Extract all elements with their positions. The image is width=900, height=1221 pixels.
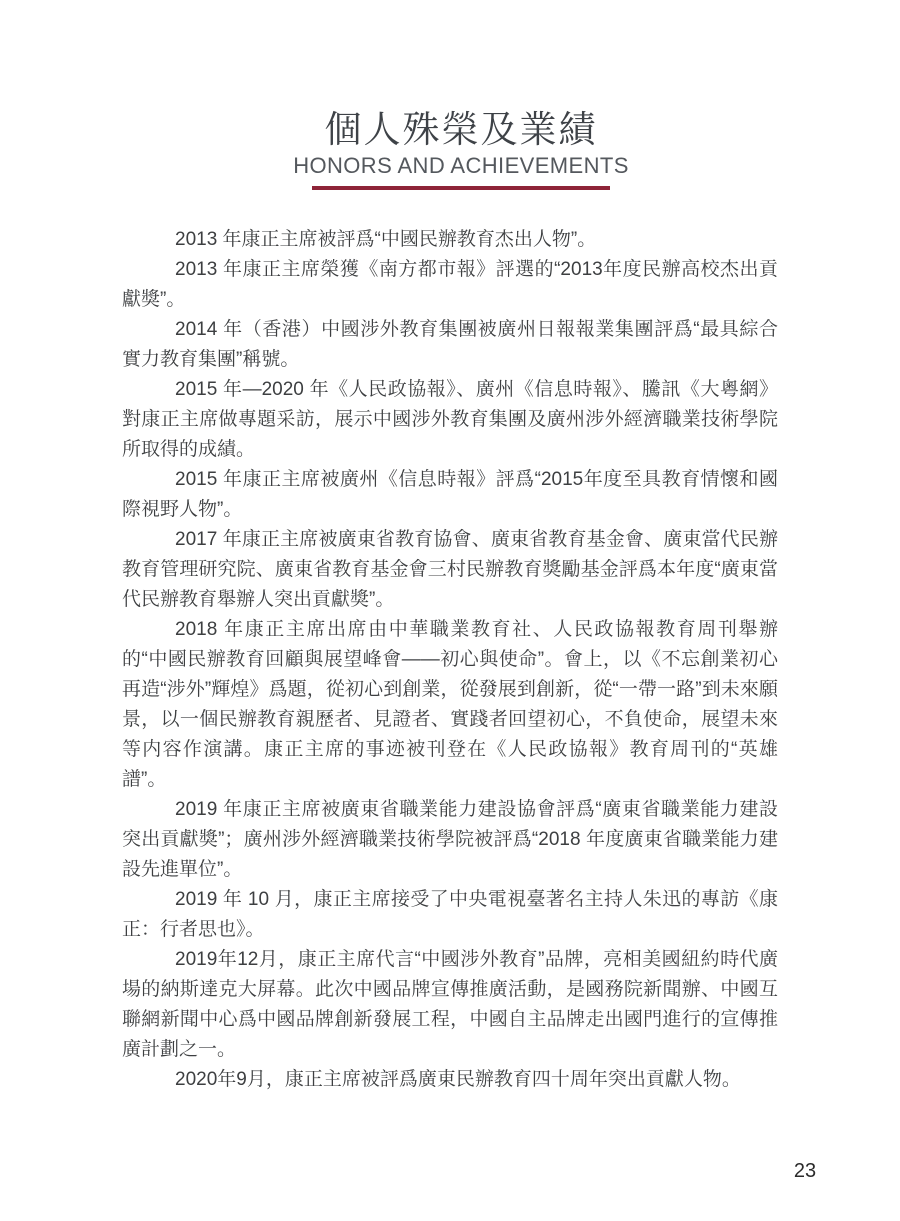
paragraph-2013-figure: 2013 年康正主席被評爲“中國民辦教育杰出人物”。: [122, 225, 778, 255]
page-subtitle: HONORS AND ACHIEVEMENTS: [11, 154, 900, 178]
title-underline: [312, 186, 610, 190]
paragraph-2019-award: 2019 年康正主席被廣東省職業能力建設協會評爲“廣東省職業能力建設突出貢獻獎”…: [122, 795, 778, 885]
paragraph-2015-award: 2015 年康正主席被廣州《信息時報》評爲“2015年度至具教育情懷和國際視野人…: [122, 465, 778, 525]
paragraph-2013-award: 2013 年康正主席榮獲《南方都市報》評選的“2013年度民辦高校杰出貢獻獎”。: [122, 255, 778, 315]
page-title: 個人殊榮及業績: [11, 108, 900, 152]
paragraph-2014-group-title: 2014 年（香港）中國涉外教育集團被廣州日報報業集團評爲“最具綜合實力教育集團…: [122, 315, 778, 375]
page-number: 23: [780, 1160, 830, 1183]
achievements-body: 2013 年康正主席被評爲“中國民辦教育杰出人物”。 2013 年康正主席榮獲《…: [122, 225, 778, 1095]
document-page: 個人殊榮及業績 HONORS AND ACHIEVEMENTS 2013 年康正…: [0, 0, 900, 1221]
paragraph-2018-summit: 2018 年康正主席出席由中華職業教育社、人民政協報教育周刊舉辦的“中國民辦教育…: [122, 615, 778, 795]
paragraph-2020-award: 2020年9月，康正主席被評爲廣東民辦教育四十周年突出貢獻人物。: [122, 1065, 778, 1095]
paragraph-2019-nasdaq: 2019年12月，康正主席代言“中國涉外教育”品牌，亮相美國紐約時代廣場的納斯達…: [122, 945, 778, 1065]
paragraph-2019-interview: 2019 年 10 月，康正主席接受了中央電視臺著名主持人朱迅的專訪《康正：行者…: [122, 885, 778, 945]
page-header: 個人殊榮及業績 HONORS AND ACHIEVEMENTS: [11, 108, 900, 190]
paragraph-2015-2020-media: 2015 年—2020 年《人民政協報》、廣州《信息時報》、騰訊《大粵網》對康正…: [122, 375, 778, 465]
paragraph-2017-award: 2017 年康正主席被廣東省教育協會、廣東省教育基金會、廣東當代民辦教育管理研究…: [122, 525, 778, 615]
